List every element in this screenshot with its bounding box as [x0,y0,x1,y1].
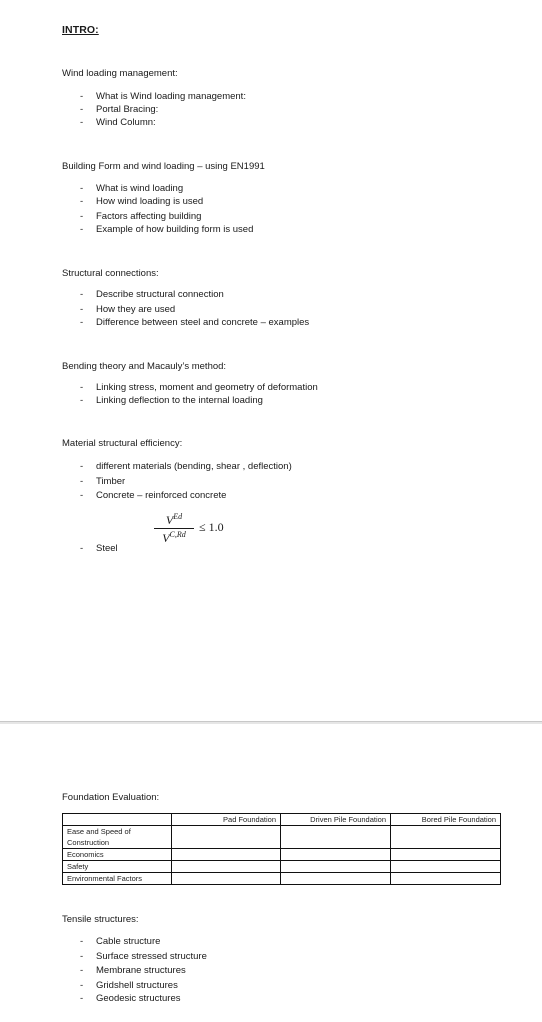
shear-check-formula: VEd VC,Rd ≤ 1.0 [151,512,231,548]
table-cell [281,826,391,849]
table-header-cell [63,814,172,826]
table-cell [391,849,501,861]
table-header-cell: Bored Pile Foundation [391,814,501,826]
row-label: Environmental Factors [63,873,172,885]
table-cell [391,861,501,873]
section-heading-foundation-evaluation: Foundation Evaluation: [62,792,159,803]
foundation-evaluation-table: Pad Foundation Driven Pile Foundation Bo… [62,813,501,885]
intro-title: INTRO: [62,24,99,36]
section-heading-wind-loading: Wind loading management: [62,68,178,79]
table-row: Safety [63,861,501,873]
section-heading-tensile-structures: Tensile structures: [62,914,139,925]
table-cell [391,826,501,849]
section-heading-material-efficiency: Material structural efficiency: [62,438,182,449]
table-row: Economics [63,849,501,861]
document-page-2: Foundation Evaluation: Pad Foundation Dr… [0,724,542,1022]
table-cell [281,873,391,885]
table-row: Environmental Factors [63,873,501,885]
document-page-1: INTRO: Wind loading management: -What is… [0,0,542,721]
section-heading-building-form: Building Form and wind loading – using E… [62,161,265,172]
table-cell [172,826,281,849]
row-label: Safety [63,861,172,873]
table-cell [172,849,281,861]
table-cell [391,873,501,885]
table-cell [172,861,281,873]
section-heading-bending-theory: Bending theory and Macauly’s method: [62,361,226,372]
table-header-cell: Driven Pile Foundation [281,814,391,826]
section-heading-structural-connections: Structural connections: [62,268,159,279]
row-label: Economics [63,849,172,861]
table-row: Ease and Speed of Construction [63,826,501,849]
table-cell [281,861,391,873]
table-cell [172,873,281,885]
table-cell [281,849,391,861]
table-header-cell: Pad Foundation [172,814,281,826]
row-label: Ease and Speed of Construction [63,826,172,849]
table-header-row: Pad Foundation Driven Pile Foundation Bo… [63,814,501,826]
